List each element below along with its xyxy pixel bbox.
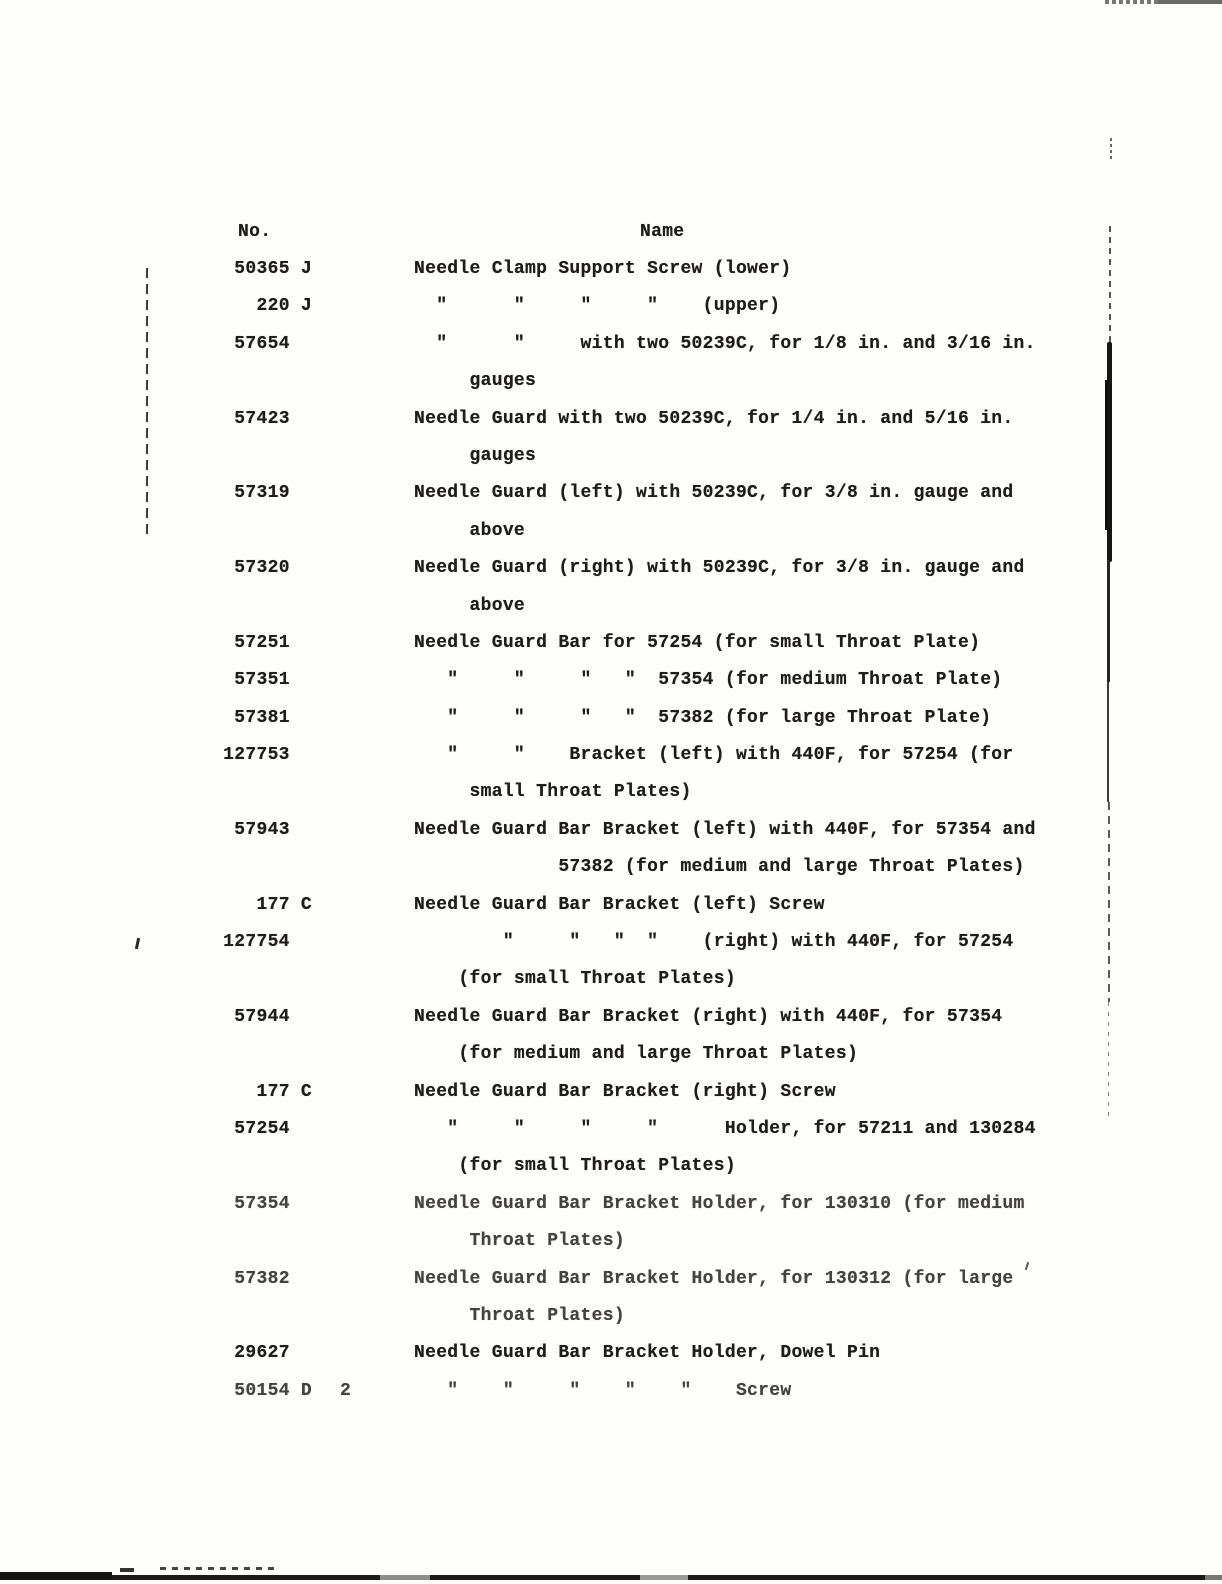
part-row: 29627 Needle Guard Bar Bracket Holder, D… [0,1336,1222,1373]
part-row: 57382 Needle Guard Bar Bracket Holder, f… [0,1262,1222,1299]
part-number: 127753 [150,745,312,765]
scan-artifact-bottom-edge [0,1575,1222,1580]
part-name-text: Needle Guard Bar Bracket (left) with 440… [414,820,1036,840]
scan-artifact-top-right-dots [1105,0,1160,4]
part-name-text: Needle Guard (right) with 50239C, for 3/… [414,558,1025,578]
part-name-text: gauges [414,371,536,391]
part-name-text: above [414,521,525,541]
part-number: 57943 [150,820,312,840]
part-name-text: Throat Plates) [414,1231,625,1251]
part-row: 57944 Needle Guard Bar Bracket (right) w… [0,1000,1222,1037]
part-number: 57382 [150,1269,312,1289]
part-row: 57943 Needle Guard Bar Bracket (left) wi… [0,813,1222,850]
part-name-text: gauges [414,446,536,466]
part-row-continuation: small Throat Plates) [0,775,1222,812]
part-name-text: Needle Guard with two 50239C, for 1/4 in… [414,409,1014,429]
part-qty: 2 [340,1381,351,1401]
part-number: 57319 [150,483,312,503]
part-name-text: above [414,596,525,616]
scan-artifact-bottom-edge [0,1572,112,1580]
part-name-text: Throat Plates) [414,1306,625,1326]
part-name-text: Needle Guard Bar Bracket (left) Screw [414,895,825,915]
scan-artifact-bottom-edge [380,1575,430,1580]
part-row-continuation: (for medium and large Throat Plates) [0,1037,1222,1074]
part-name-text: " " " " (upper) [414,296,780,316]
column-header-no: No. [238,222,271,242]
part-number: 127754 [150,932,312,952]
part-row-continuation: gauges [0,364,1222,401]
scan-artifact-top-right-line [1158,0,1222,4]
part-row: 57251 Needle Guard Bar for 57254 (for sm… [0,626,1222,663]
part-name-text: Needle Guard Bar Bracket Holder, Dowel P… [414,1343,880,1363]
part-number: 177 C [150,1082,312,1102]
part-name-text: Needle Guard Bar Bracket Holder, for 130… [414,1194,1025,1214]
part-name-text: " " " " 57382 (for large Throat Plate) [414,708,991,728]
part-row: 57254 " " " " Holder, for 57211 and 1302… [0,1112,1222,1149]
part-name-text: Needle Clamp Support Screw (lower) [414,259,791,279]
scan-artifact-bottom-specks [120,1568,134,1572]
part-number: 50154 D [150,1381,312,1401]
part-name-text: Needle Guard Bar Bracket (right) with 44… [414,1007,1002,1027]
part-number: 177 C [150,895,312,915]
part-name-text: " " " " " Screw [414,1381,791,1401]
part-name-text: Needle Guard Bar for 57254 (for small Th… [414,633,980,653]
part-row: 57319 Needle Guard (left) with 50239C, f… [0,476,1222,513]
part-row: 177 CNeedle Guard Bar Bracket (left) Scr… [0,888,1222,925]
part-number: 29627 [150,1343,312,1363]
part-number: 57944 [150,1007,312,1027]
part-number: 57320 [150,558,312,578]
part-name-text: (for medium and large Throat Plates) [414,1044,858,1064]
part-number: 57423 [150,409,312,429]
part-name-text: " " Bracket (left) with 440F, for 57254 … [414,745,1014,765]
part-row: 57351 " " " " 57354 (for medium Throat P… [0,663,1222,700]
part-name-text: " " " " 57354 (for medium Throat Plate) [414,670,1002,690]
part-name-text: (for small Throat Plates) [414,1156,736,1176]
part-row: 177 CNeedle Guard Bar Bracket (right) Sc… [0,1075,1222,1112]
part-row: 57381 " " " " 57382 (for large Throat Pl… [0,701,1222,738]
part-row-continuation: above [0,514,1222,551]
part-name-text: (for small Throat Plates) [414,969,736,989]
column-header-name: Name [640,222,684,242]
part-number: 57351 [150,670,312,690]
part-row-continuation: above [0,589,1222,626]
part-row: 50154 D2 " " " " " Screw [0,1374,1222,1411]
part-row-continuation: Throat Plates) [0,1299,1222,1336]
scan-artifact-bottom-edge [1205,1575,1222,1580]
scan-artifact-right-streak [1110,138,1112,162]
part-number: 57254 [150,1119,312,1139]
part-name-text: Needle Guard Bar Bracket (right) Screw [414,1082,836,1102]
parts-table: 50365 JNeedle Clamp Support Screw (lower… [0,252,1222,1411]
scan-artifact-bottom-edge [640,1575,688,1580]
part-row: 57423 Needle Guard with two 50239C, for … [0,402,1222,439]
part-row: 57654 " " with two 50239C, for 1/8 in. a… [0,327,1222,364]
part-row: 50365 JNeedle Clamp Support Screw (lower… [0,252,1222,289]
part-name-text: " " " " (right) with 440F, for 57254 [414,932,1014,952]
part-row-continuation: 57382 (for medium and large Throat Plate… [0,850,1222,887]
scan-artifact-bottom-specks [160,1567,280,1570]
part-number: 57354 [150,1194,312,1214]
part-row-continuation: Throat Plates) [0,1224,1222,1261]
part-row: 57354 Needle Guard Bar Bracket Holder, f… [0,1187,1222,1224]
part-row-continuation: gauges [0,439,1222,476]
part-number: 57654 [150,334,312,354]
part-row: 127754 " " " " (right) with 440F, for 57… [0,925,1222,962]
part-number: 57381 [150,708,312,728]
part-row-continuation: (for small Throat Plates) [0,962,1222,999]
part-name-text: Needle Guard (left) with 50239C, for 3/8… [414,483,1014,503]
part-row: 220 J " " " " (upper) [0,289,1222,326]
part-row: 127753 " " Bracket (left) with 440F, for… [0,738,1222,775]
part-row: 57320 Needle Guard (right) with 50239C, … [0,551,1222,588]
part-row-continuation: (for small Throat Plates) [0,1149,1222,1186]
part-number: 57251 [150,633,312,653]
part-name-text: 57382 (for medium and large Throat Plate… [414,857,1025,877]
scanned-parts-list-page: No. Name 50365 JNeedle Clamp Support Scr… [0,0,1222,1584]
part-name-text: " " " " Holder, for 57211 and 130284 [414,1119,1036,1139]
part-name-text: " " with two 50239C, for 1/8 in. and 3/1… [414,334,1036,354]
part-name-text: small Throat Plates) [414,782,692,802]
part-name-text: Needle Guard Bar Bracket Holder, for 130… [414,1269,1014,1289]
part-number: 50365 J [150,259,312,279]
part-number: 220 J [150,296,312,316]
